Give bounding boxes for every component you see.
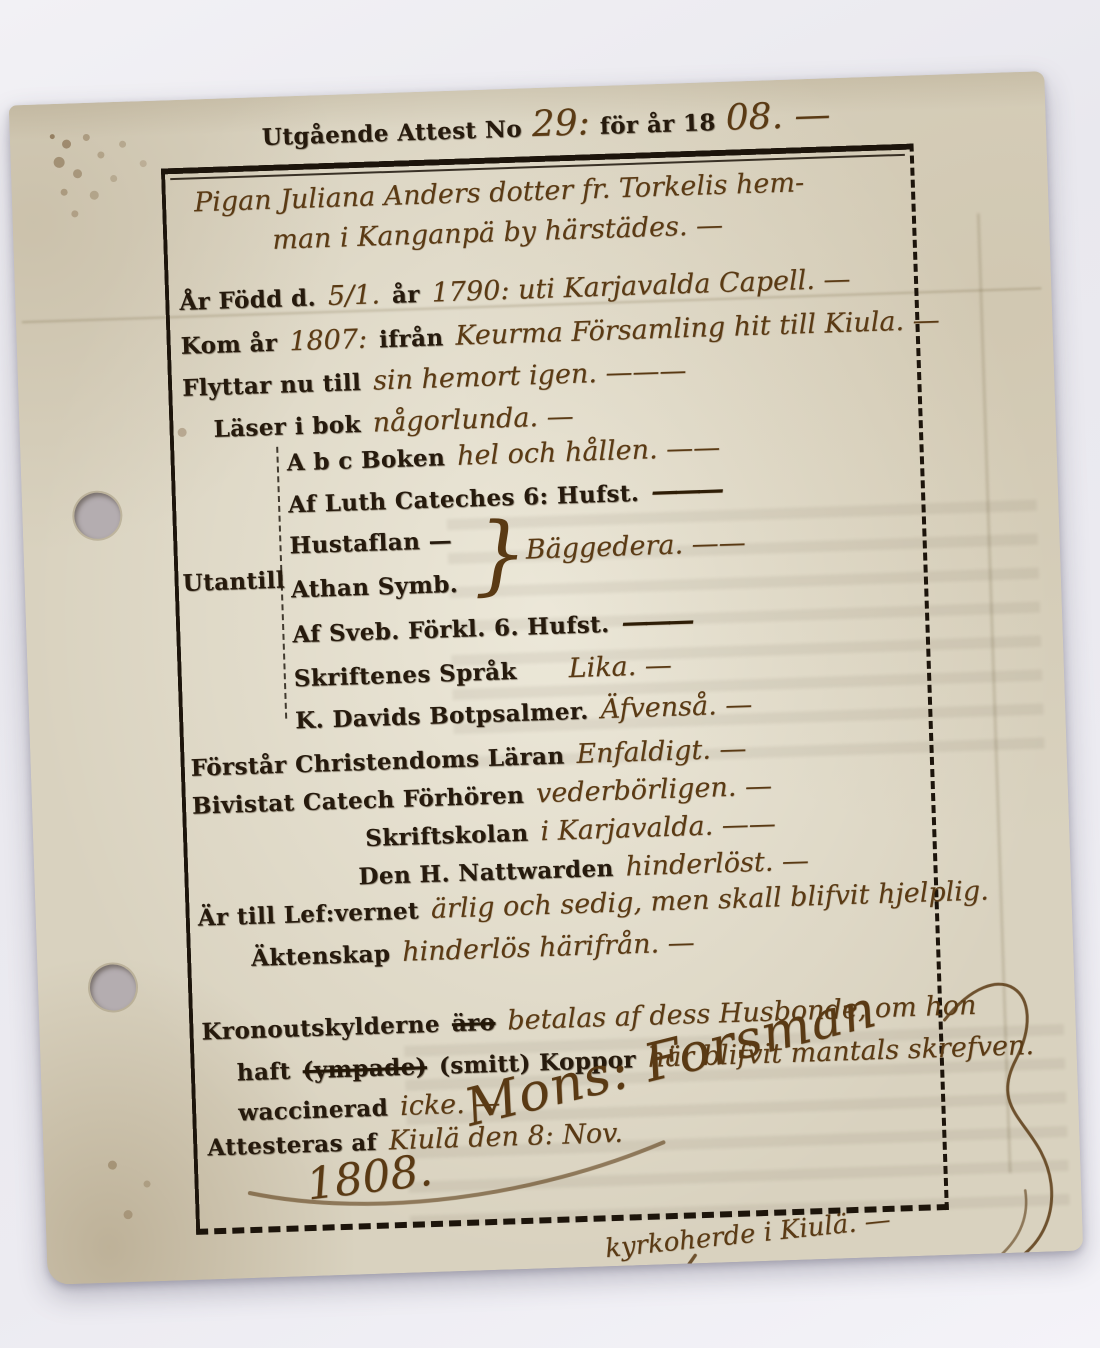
foxing-spots xyxy=(50,134,55,139)
field-athanasian-symbol: Athan Symb. xyxy=(290,571,458,604)
field-hustaflan: Hustaflan — xyxy=(289,527,452,559)
punch-hole-top xyxy=(74,492,121,539)
field-conduct: Är till Lef:vernet ärlig och sedig, men … xyxy=(197,875,989,932)
field-marriage: Äktenskap hinderlös härifrån. — xyxy=(251,927,696,973)
document-header: Utgående Attest No 29: för år 18 08. — xyxy=(261,94,831,154)
header-written-year: 08. — xyxy=(725,94,831,138)
field-reads: Läser i bok någorlunda. — xyxy=(213,401,574,444)
document-paper: Utgående Attest No 29: för år 18 08. — P… xyxy=(9,71,1084,1285)
field-moves-to: Flyttar nu till sin hemort igen. ——— xyxy=(182,355,687,403)
field-came-from: Kom år 1807: ifrån Keurma Församling hit… xyxy=(180,305,940,361)
field-born: År Född d. 5/1. år 1790: uti Karjavalda … xyxy=(179,264,851,317)
header-printed-left: Utgående Attest No xyxy=(261,116,522,152)
field-confirmation-school: Skriftskolan i Karjavalda. —— xyxy=(365,808,777,853)
handwritten-brace: } xyxy=(471,511,529,599)
header-written-number: 29: xyxy=(531,102,590,145)
punch-hole-bottom xyxy=(89,964,136,1011)
header-printed-right: för år 18 xyxy=(599,109,716,140)
memory-group-label: Utantill xyxy=(182,567,285,597)
intro-line-2: man i Kanganpä by härstädes. — xyxy=(272,210,724,256)
